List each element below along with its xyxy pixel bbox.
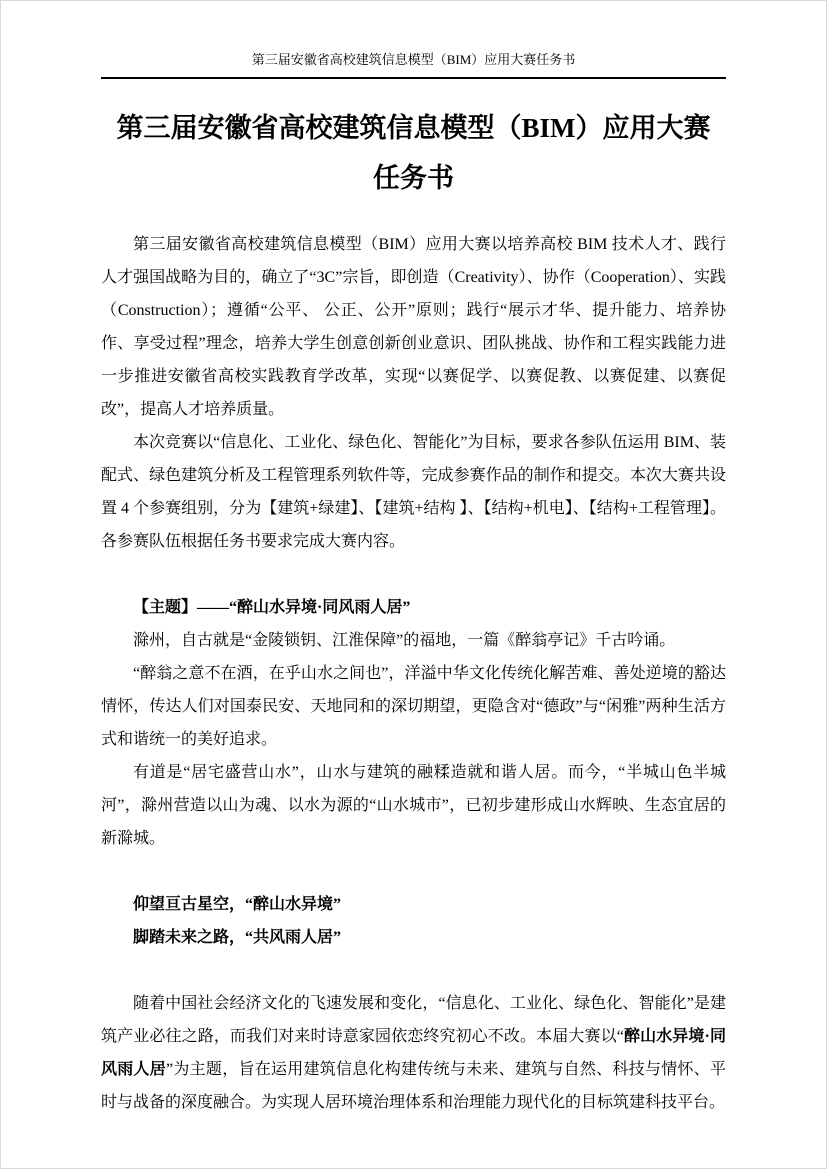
- bold-text-run: 脚踏未来之路，“共风雨人居”: [133, 929, 341, 946]
- document-body: 第三届安徽省高校建筑信息模型（BIM）应用大赛以培养高校 BIM 技术人才、践行…: [101, 228, 726, 1119]
- title-line-2: 任务书: [101, 153, 726, 203]
- bold-text-run: 仰望亘古星空，“醉山水异境”: [133, 896, 341, 913]
- section-heading: 【主题】——“醉山水异境·同风雨人居”: [101, 591, 726, 624]
- text-run: “醉翁之意不在酒，在乎山水之间也”，洋溢中华文化传统化解苦难、善处逆境的豁达情怀…: [101, 665, 726, 748]
- text-run: 第三届安徽省高校建筑信息模型（BIM）应用大赛以培养高校 BIM 技术人才、践行…: [101, 236, 726, 418]
- page-header: 第三届安徽省高校建筑信息模型（BIM）应用大赛任务书: [101, 51, 726, 79]
- body-paragraph: 随着中国社会经济文化的飞速发展和变化，“信息化、工业化、绿色化、智能化”是建筑产…: [101, 987, 726, 1119]
- blank-line: [101, 954, 726, 987]
- text-run: 本次竞赛以“信息化、工业化、绿色化、智能化”为目标，要求各参队伍运用 BIM、装…: [101, 434, 726, 550]
- bold-text-run: 【主题】——“醉山水异境·同风雨人居”: [133, 599, 410, 616]
- text-run: 滁州，自古就是“金陵锁钥、江淮保障”的福地，一篇《醉翁亭记》千古吟诵。: [133, 632, 675, 649]
- header-title: 第三届安徽省高校建筑信息模型（BIM）应用大赛任务书: [252, 52, 576, 67]
- emphasis-line: 仰望亘古星空，“醉山水异境”: [101, 888, 726, 921]
- title-line-1: 第三届安徽省高校建筑信息模型（BIM）应用大赛: [101, 103, 726, 153]
- body-paragraph: 本次竞赛以“信息化、工业化、绿色化、智能化”为目标，要求各参队伍运用 BIM、装…: [101, 426, 726, 558]
- text-run: 有道是“居宅盛营山水”，山水与建筑的融糅造就和谐人居。而今，“半城山色半城河”，…: [101, 764, 726, 847]
- document-title: 第三届安徽省高校建筑信息模型（BIM）应用大赛 任务书: [101, 103, 726, 203]
- body-paragraph: 第三届安徽省高校建筑信息模型（BIM）应用大赛以培养高校 BIM 技术人才、践行…: [101, 228, 726, 426]
- body-paragraph: 滁州，自古就是“金陵锁钥、江淮保障”的福地，一篇《醉翁亭记》千古吟诵。: [101, 624, 726, 657]
- blank-line: [101, 855, 726, 888]
- body-paragraph: “醉翁之意不在酒，在乎山水之间也”，洋溢中华文化传统化解苦难、善处逆境的豁达情怀…: [101, 657, 726, 756]
- emphasis-line: 脚踏未来之路，“共风雨人居”: [101, 921, 726, 954]
- body-paragraph: 有道是“居宅盛营山水”，山水与建筑的融糅造就和谐人居。而今，“半城山色半城河”，…: [101, 756, 726, 855]
- blank-line: [101, 558, 726, 591]
- document-page: 第三届安徽省高校建筑信息模型（BIM）应用大赛任务书 第三届安徽省高校建筑信息模…: [0, 0, 827, 1169]
- text-run: ”为主题，旨在运用建筑信息化构建传统与未来、建筑与自然、科技与情怀、平时与战备的…: [101, 1061, 726, 1111]
